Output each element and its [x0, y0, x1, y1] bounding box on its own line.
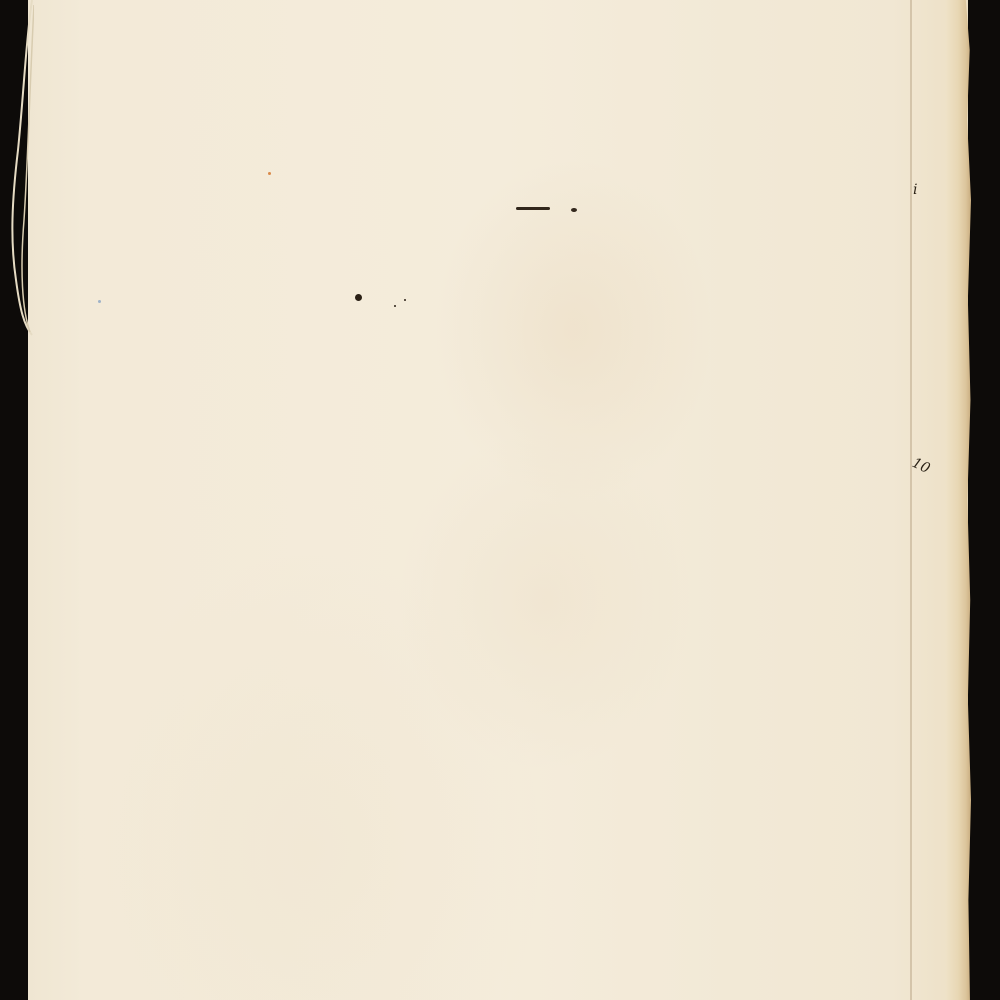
ink-dot — [571, 208, 577, 212]
ink-dash — [516, 207, 550, 210]
fold-line — [910, 0, 912, 1000]
stain-speck — [98, 300, 101, 303]
ink-speck — [394, 305, 396, 307]
ink-speck — [404, 299, 406, 301]
stain-speck — [268, 172, 271, 175]
margin-mark: i — [913, 182, 917, 198]
ink-blot — [355, 294, 362, 301]
binding-thread-icon — [4, 0, 34, 340]
deckle-edge — [945, 0, 971, 1000]
paper-page — [28, 0, 968, 1000]
